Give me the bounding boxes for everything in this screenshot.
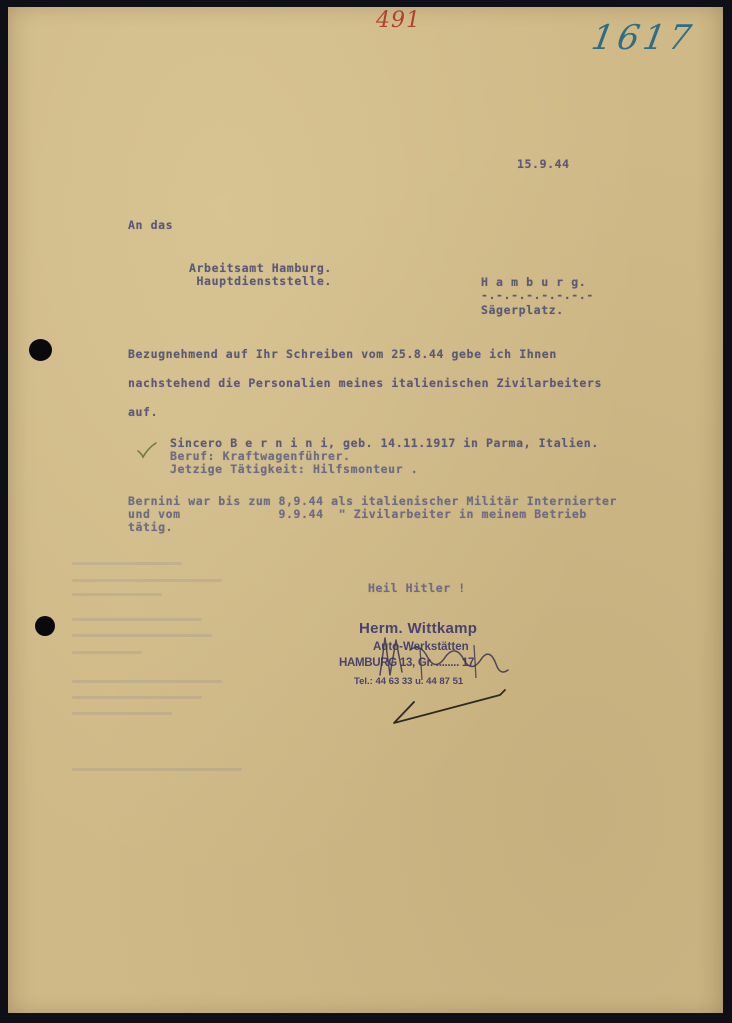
- body-line: nachstehend die Personalien meines itali…: [128, 377, 602, 390]
- show-through-line: [72, 593, 162, 596]
- person-current-activity: Jetzige Tätigkeit: Hilfsmonteur .: [170, 463, 418, 476]
- closing-greeting: Heil Hitler !: [368, 582, 466, 595]
- show-through-line: [72, 579, 222, 582]
- scan-frame: 491 1617 15.9.44 An das Arbeitsamt Hambu…: [0, 0, 732, 1023]
- show-through-line: [72, 680, 222, 683]
- recipient-street: Sägerplatz.: [481, 304, 564, 317]
- show-through-line: [72, 562, 182, 565]
- show-through-line: [72, 712, 172, 715]
- recipient-salutation: An das: [128, 219, 173, 232]
- show-through-line: [72, 634, 212, 637]
- employment-line: tätig.: [128, 521, 173, 534]
- show-through-line: [72, 768, 242, 771]
- recipient-city-underline: -.-.-.-.-.-.-.-: [481, 289, 594, 302]
- page-number-annotation: 491: [376, 8, 421, 33]
- employment-line: und vom 9.9.44 " Zivilarbeiter in meinem…: [128, 508, 587, 521]
- letter-date: 15.9.44: [517, 158, 570, 171]
- show-through-line: [72, 651, 142, 654]
- checkmark-icon: [136, 440, 158, 460]
- punch-hole-icon: [35, 616, 55, 636]
- archive-number-annotation: 1617: [588, 18, 698, 58]
- body-line: Bezugnehmend auf Ihr Schreiben vom 25.8.…: [128, 348, 557, 361]
- recipient-department: Hauptdienststelle.: [189, 275, 332, 288]
- show-through-line: [72, 618, 202, 621]
- signature-icon: [350, 620, 550, 730]
- punch-hole-icon: [29, 339, 52, 361]
- body-line: auf.: [128, 406, 158, 419]
- show-through-line: [72, 696, 202, 699]
